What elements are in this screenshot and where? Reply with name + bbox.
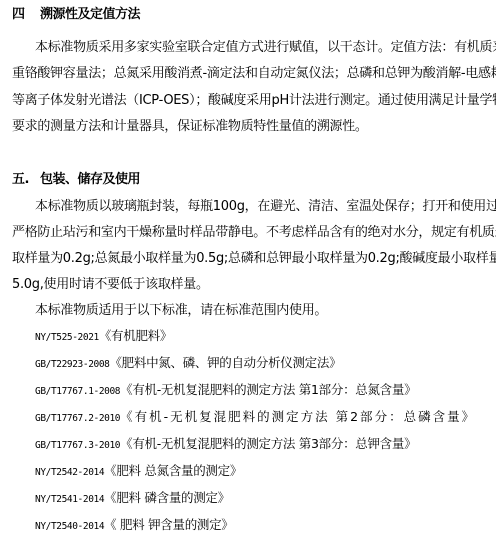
standard-title: 《有机肥料》: [99, 328, 172, 343]
section-4-para-line-2: 重铬酸钾容量法；总氮采用酸消煮-滴定法和自动定氮仪法；总磷和总钾为酸消解-电感耦…: [12, 62, 496, 81]
section-5-heading: 五.包装、储存及使用: [12, 168, 140, 187]
standard-code: NY/T525-2021: [35, 332, 99, 343]
standard-item: NY/T2542-2014《肥料 总氮含量的测定》: [35, 461, 242, 479]
standard-title: 《肥料 总氮含量的测定》: [104, 463, 242, 478]
standard-item: NY/T525-2021《有机肥料》: [35, 326, 172, 344]
standard-title: 《有机-无机复混肥料的测定方法 第3部分：总钾含量》: [120, 436, 416, 451]
standard-code: NY/T2542-2014: [35, 467, 104, 478]
section-5-para-2: 本标准物质适用于以下标准，请在标准范围内使用。: [35, 299, 327, 318]
section-5-title: 包装、储存及使用: [40, 172, 140, 187]
standard-title: 《肥料 磷含量的测定》: [104, 490, 230, 505]
standard-item: GB/T22923-2008《肥料中氮、磷、钾的自动分析仪测定法》: [35, 353, 341, 371]
section-5-para-line-3: 取样量为0.2g;总氮最小取样量为0.5g;总磷和总钾最小取样量为0.2g;酸碱…: [12, 247, 496, 266]
standard-title: 《有机-无机复混肥料的测定方法 第1部分：总氮含量》: [120, 382, 416, 397]
section-5-para-line-2: 严格防止玷污和室内干燥称量时样品带静电。不考虑样品含有的绝对水分，规定有机质最小: [12, 221, 496, 240]
section-5-para-line-4: 5.0g,使用时请不要低于该取样量。: [12, 273, 209, 292]
section-5-para-line-1: 本标准物质以玻璃瓶封装，每瓶100g，在避光、清洁、室温处保存；打开和使用过程中: [35, 195, 496, 214]
section-4-number: 四: [12, 3, 40, 22]
standard-code: GB/T17767.3-2010: [35, 440, 120, 451]
section-4-para-line-3: 等离子体发射光谱法（ICP-OES）；酸碱度采用pH计法进行测定。通过使用满足计…: [12, 89, 496, 108]
standard-code: GB/T17767.2-2010: [35, 413, 120, 424]
standard-code: GB/T17767.1-2008: [35, 386, 120, 397]
standard-code: NY/T2541-2014: [35, 494, 104, 505]
section-4-para-line-1: 本标准物质采用多家实验室联合定值方式进行赋值，以干态计。定值方法：有机质采用: [35, 36, 496, 55]
section-4-title: 溯源性及定值方法: [40, 7, 140, 22]
section-4-para-line-4: 要求的测量方法和计量器具，保证标准物质特性量值的溯源性。: [12, 115, 368, 134]
standard-item: NY/T2541-2014《肥料 磷含量的测定》: [35, 488, 230, 506]
section-4-heading: 四溯源性及定值方法: [12, 3, 140, 22]
section-5-number: 五.: [12, 168, 40, 187]
standard-item: GB/T17767.3-2010《有机-无机复混肥料的测定方法 第3部分：总钾含…: [35, 434, 416, 452]
document-page: 四溯源性及定值方法 本标准物质采用多家实验室联合定值方式进行赋值，以干态计。定值…: [0, 0, 496, 537]
standard-code: GB/T22923-2008: [35, 359, 109, 370]
standard-item: NY/T2540-2014《 肥料 钾含量的测定》: [35, 515, 234, 533]
standard-title: 《有机-无机复混肥料的测定方法 第2部分：总磷含量》: [120, 409, 476, 424]
standard-title: 《 肥料 钾含量的测定》: [104, 517, 233, 532]
standard-title: 《肥料中氮、磷、钾的自动分析仪测定法》: [109, 355, 341, 370]
standard-item: GB/T17767.1-2008《有机-无机复混肥料的测定方法 第1部分：总氮含…: [35, 380, 416, 398]
standard-code: NY/T2540-2014: [35, 521, 104, 532]
standard-item: GB/T17767.2-2010《有机-无机复混肥料的测定方法 第2部分：总磷含…: [35, 407, 476, 425]
